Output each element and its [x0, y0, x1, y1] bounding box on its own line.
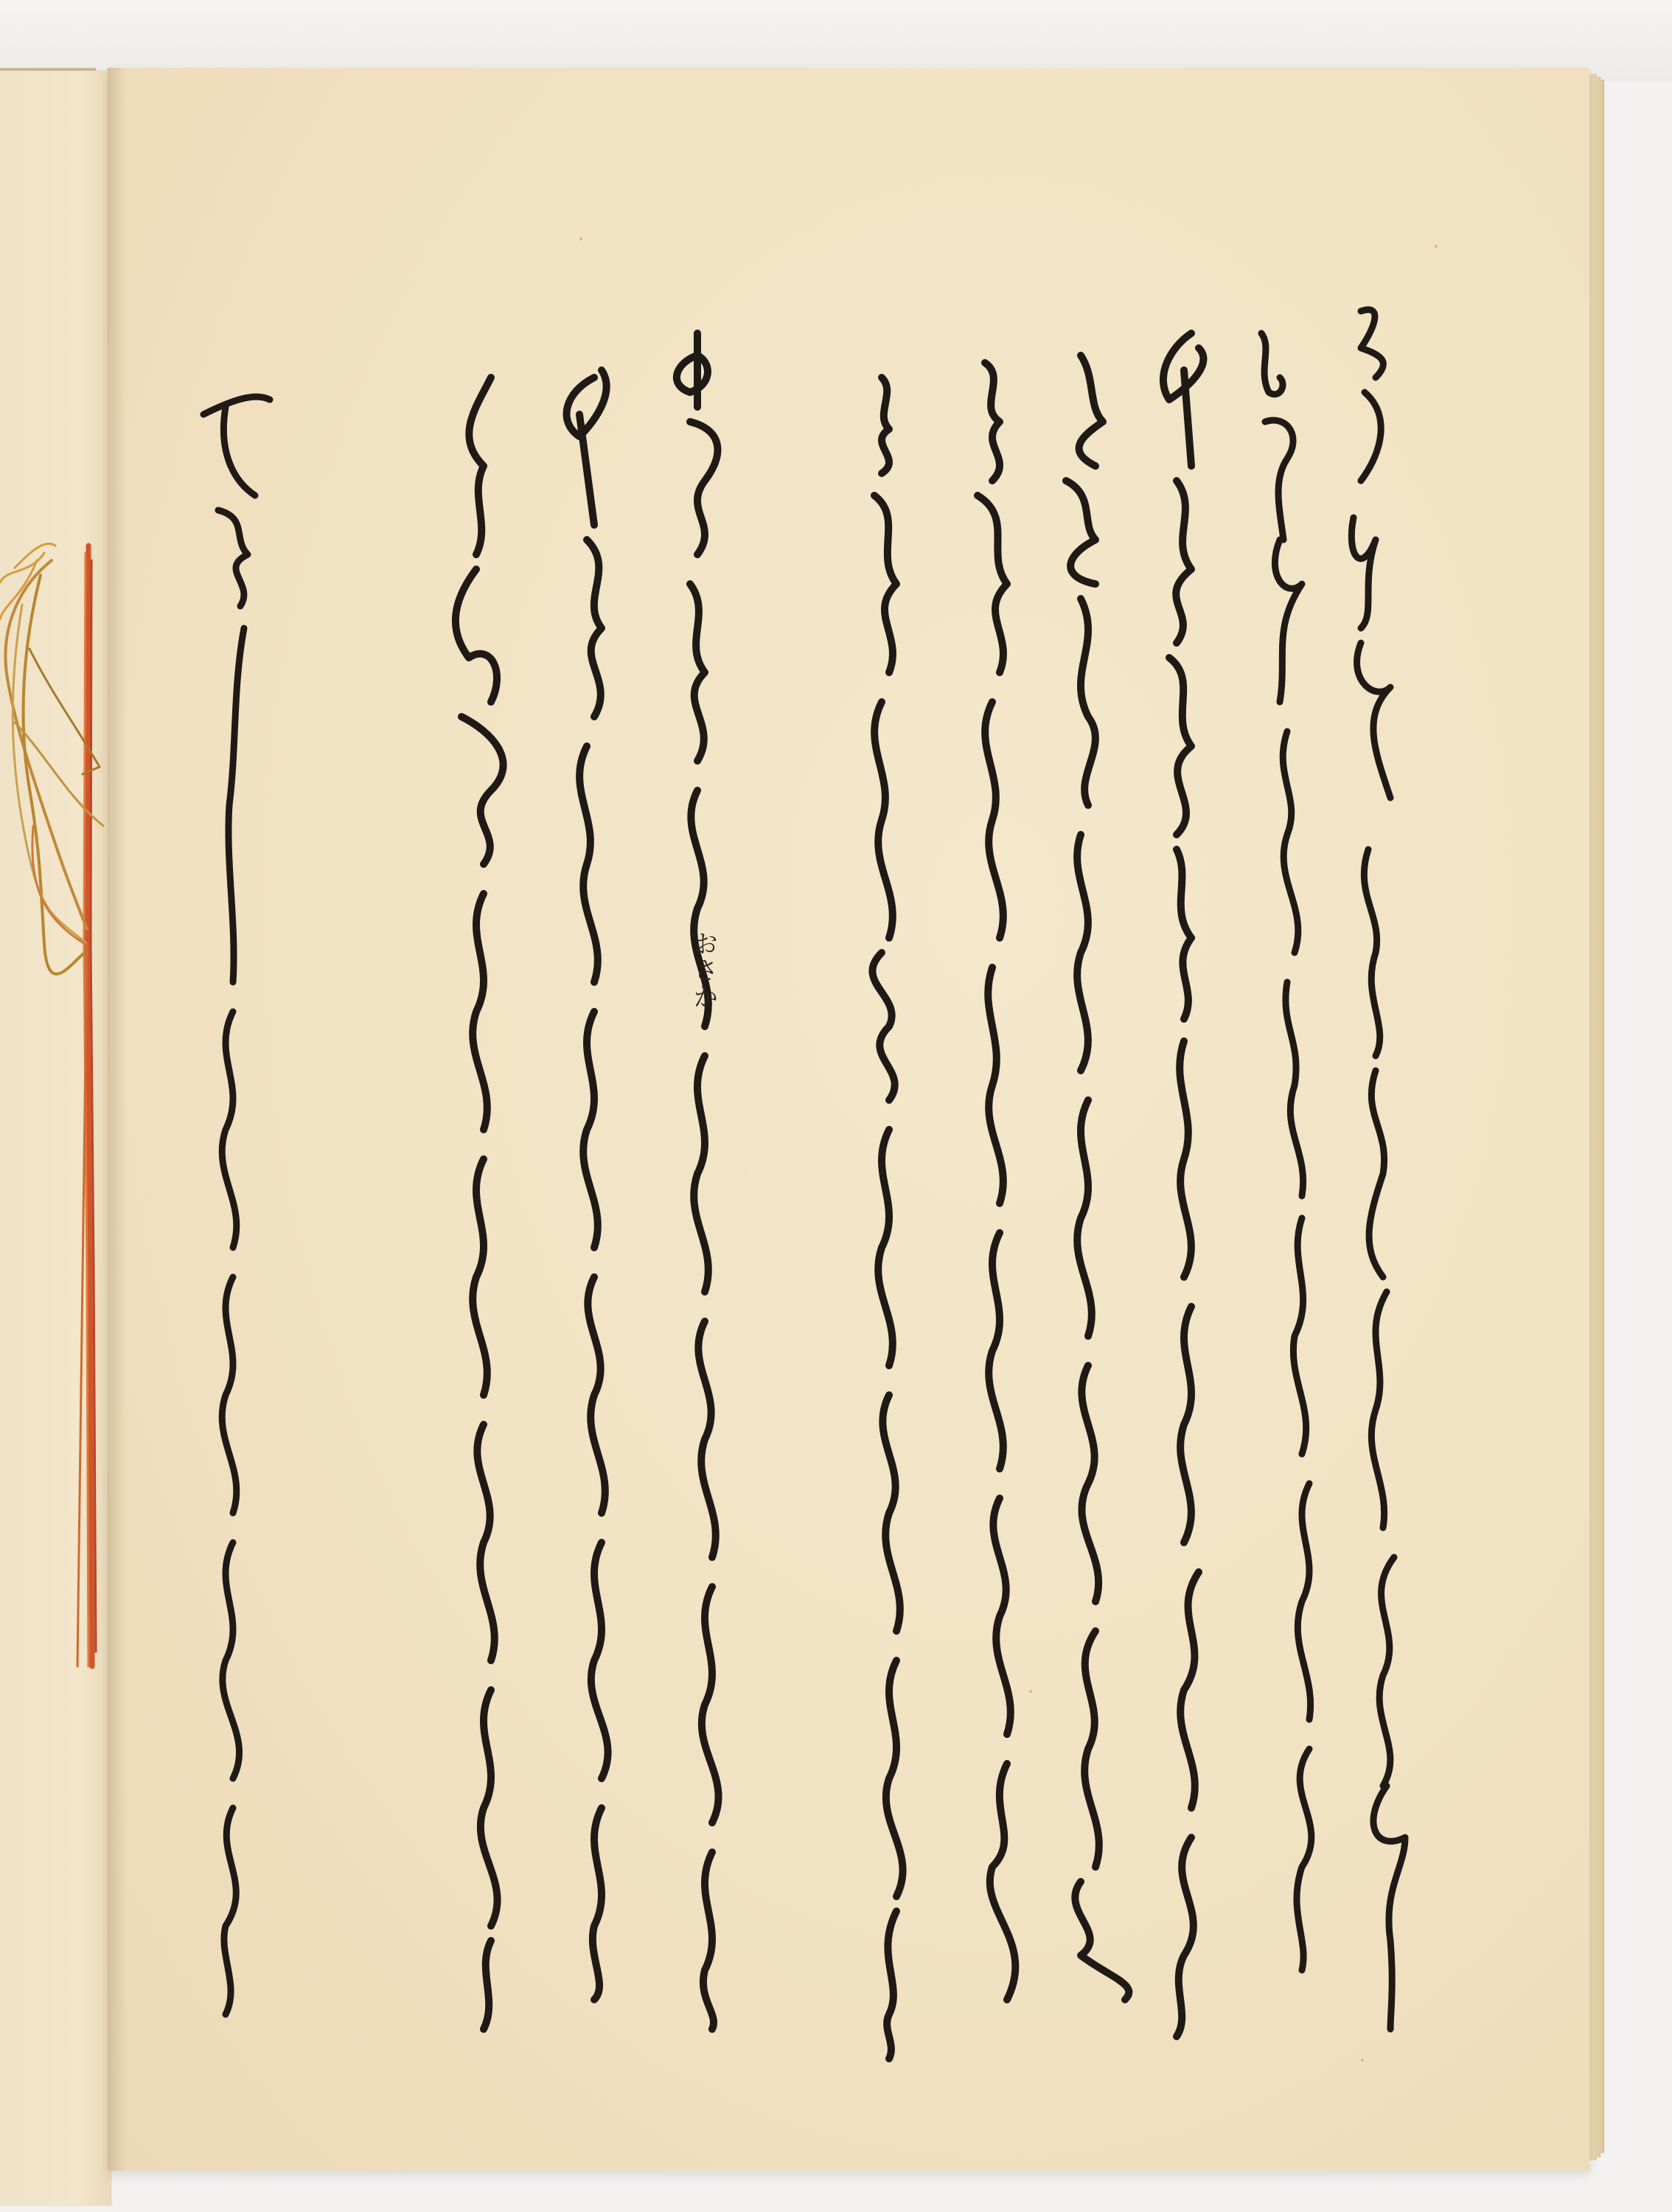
calligraphy-column — [1163, 333, 1204, 2037]
binding-threads — [0, 531, 118, 1681]
photo-scene: おさか — [0, 0, 1672, 2212]
calligraphy-column — [872, 378, 902, 2059]
page-stack-edge — [1600, 80, 1604, 2153]
calligraphy-column — [1351, 310, 1405, 2029]
calligraphy-column — [1066, 355, 1129, 2000]
furigana-annotation: おさか — [686, 931, 722, 1010]
calligraphy-column — [1261, 333, 1312, 1970]
calligraphy-text — [108, 68, 1589, 2171]
calligraphy-column — [567, 370, 608, 2000]
calligraphy-column — [203, 397, 270, 2014]
calligraphy-column — [456, 378, 504, 2029]
calligraphy-column — [677, 333, 719, 2029]
calligraphy-column — [978, 363, 1015, 2000]
